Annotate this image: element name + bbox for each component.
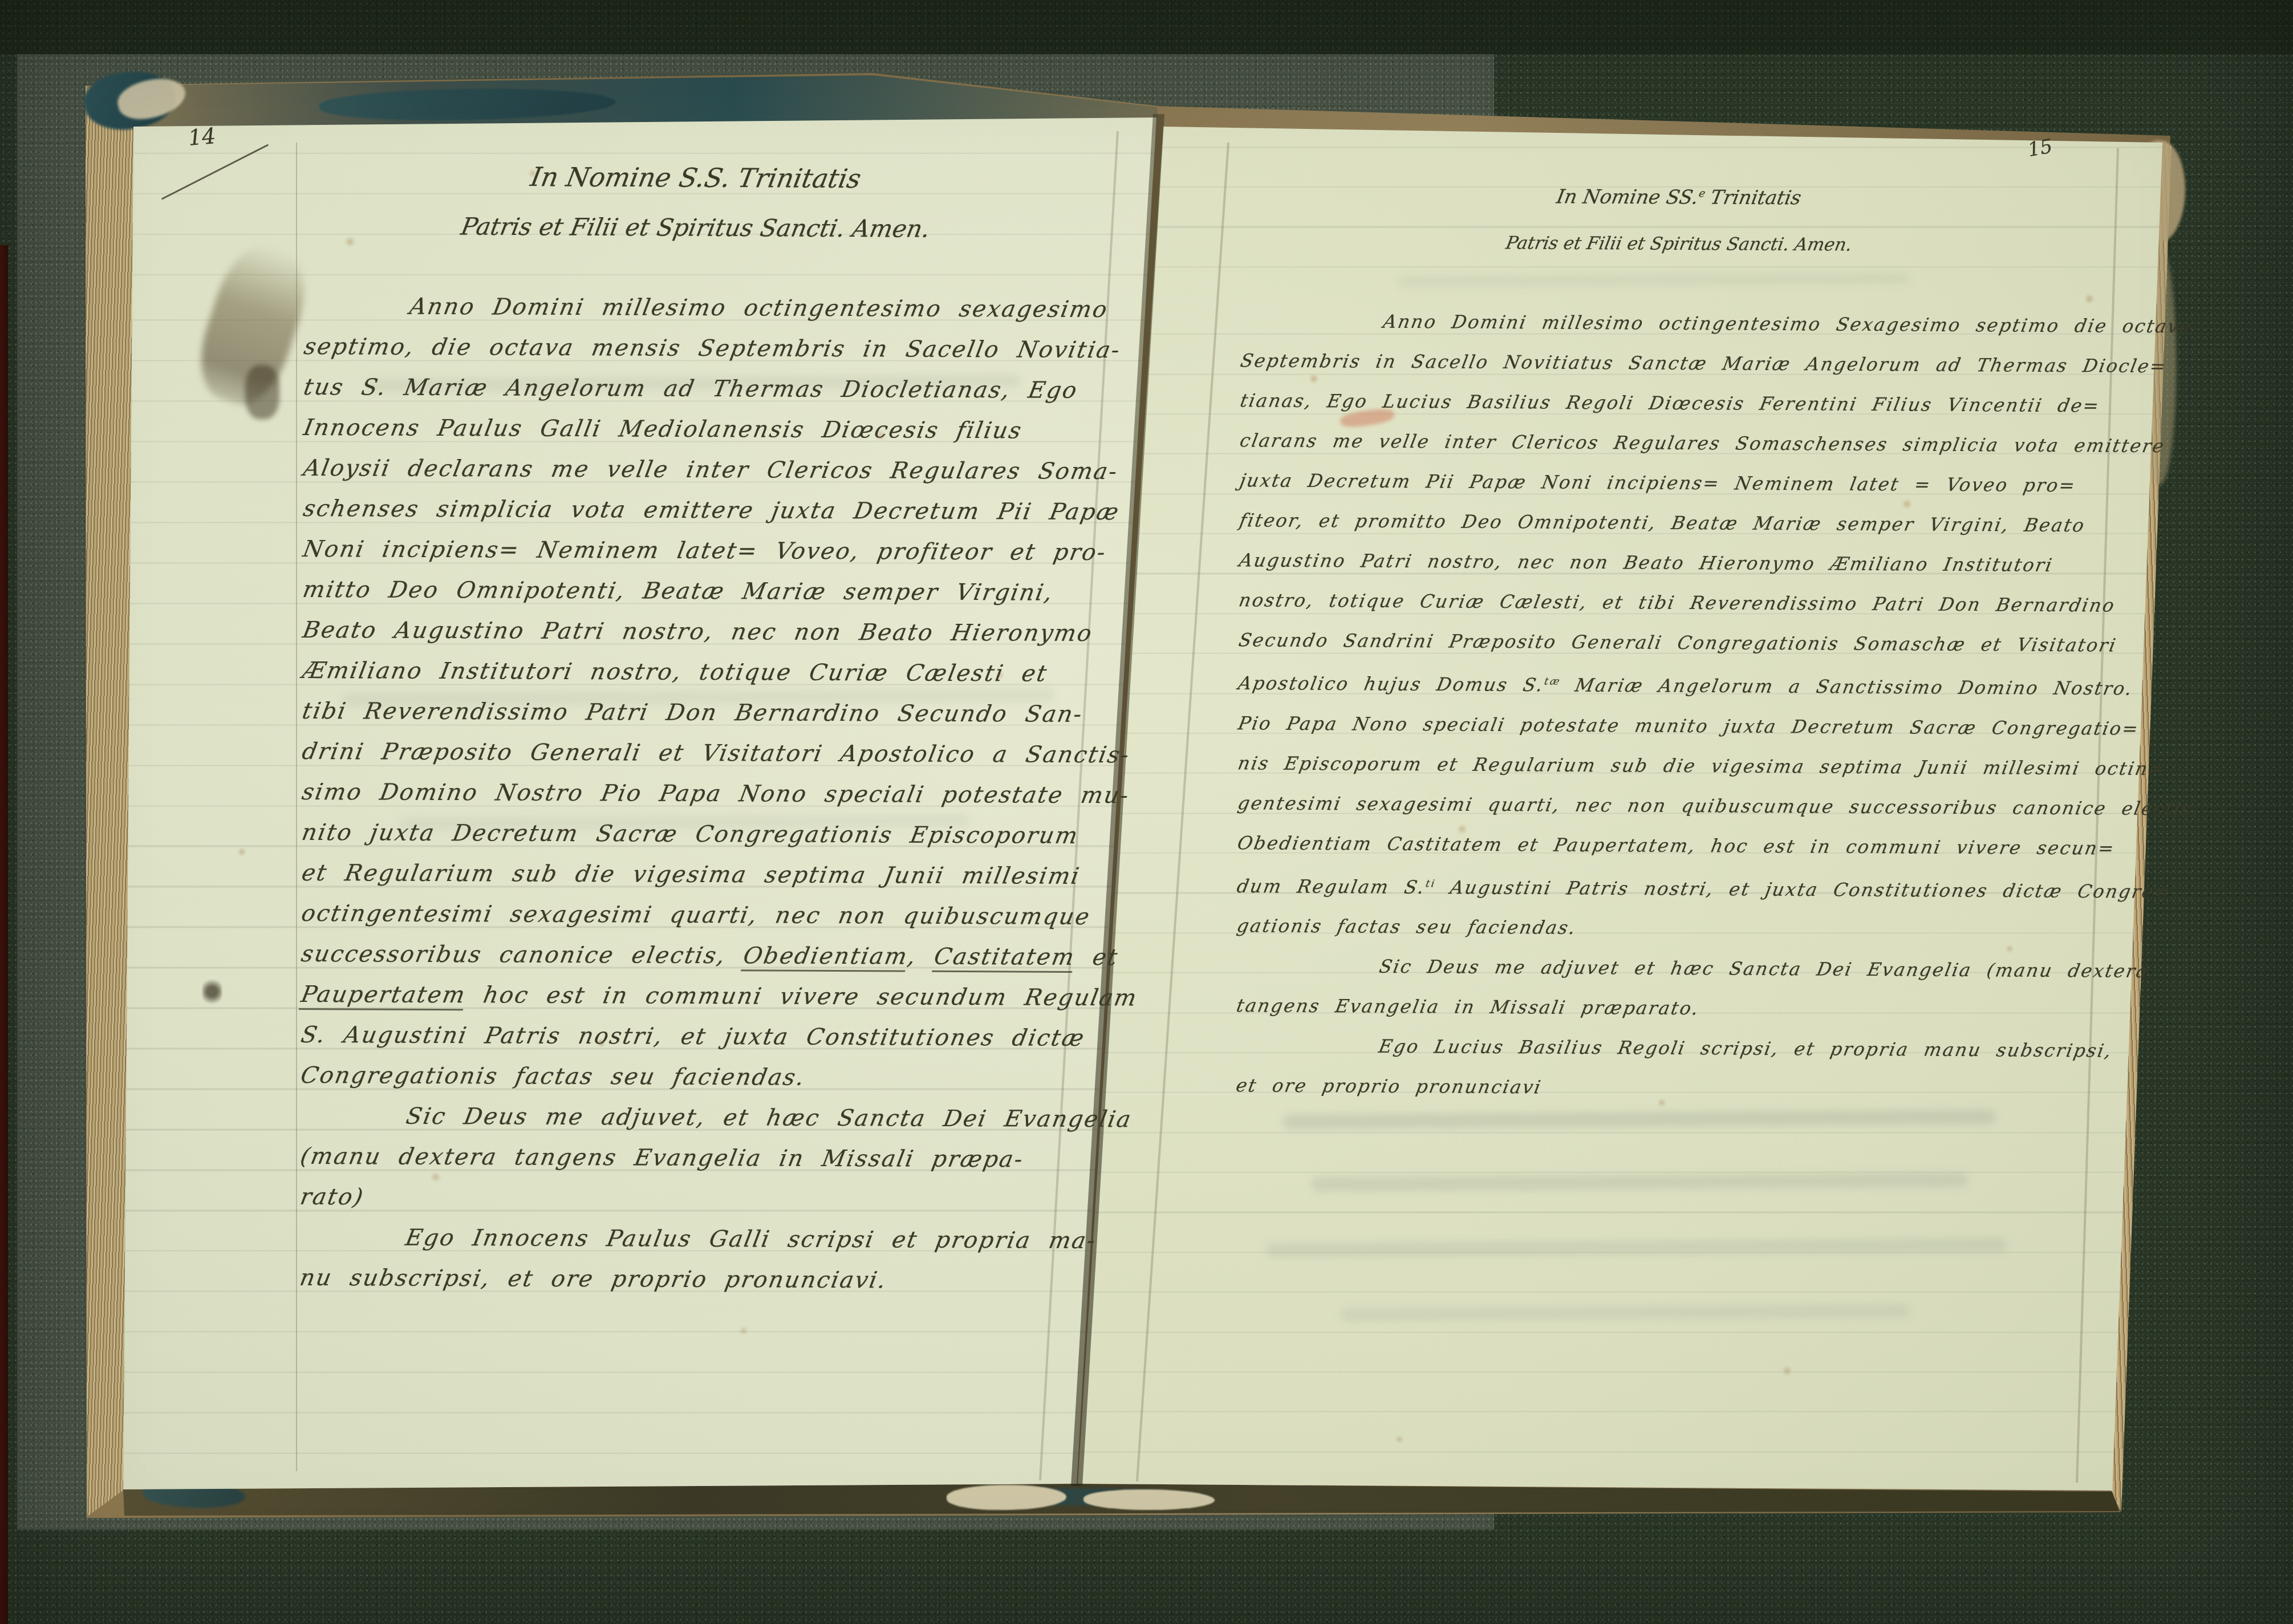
left-edge-red-strip: [0, 245, 8, 1624]
manuscript-line: Apostolico hujus Domus S.tæ Mariæ Angelo…: [1235, 660, 2124, 708]
ink-blot: [202, 978, 222, 1005]
manuscript-line: In Nomine SS.e Trinitatis: [1234, 168, 2124, 223]
manuscript-line: (manu dextera tangens Evangelia in Missa…: [297, 1136, 1091, 1180]
background-top-shadow: [0, 0, 2293, 54]
manuscript-line: septimo, die octava mensis Septembris in…: [301, 327, 1095, 371]
manuscript-line: nis Episcoporum et Regularium sub die vi…: [1235, 743, 2123, 788]
manuscript-line: Ego Lucius Basilius Regoli scripsi, et p…: [1233, 1026, 2121, 1071]
foxing-spots: [0, 0, 5, 5]
manuscript-line: octingentesimi sexagesimi quarti, nec no…: [298, 894, 1093, 937]
page-number-left: 14: [187, 123, 217, 151]
manuscript-line: juxta Decretum Pii Papæ Noni incipiens= …: [1236, 460, 2125, 505]
manuscript-line: Beato Augustino Patri nostro, nec non Be…: [299, 610, 1094, 654]
manuscript-line: schenses simplicia vota emittere juxta D…: [300, 489, 1094, 533]
manuscript-line: tibi Reverendissimo Patri Don Bernardino…: [299, 691, 1093, 735]
manuscript-line: Paupertatem hoc est in communi vivere se…: [298, 975, 1092, 1018]
manuscript-line: Noni incipiens= Neminem latet= Voveo, pr…: [299, 529, 1094, 573]
manuscript-line: drini Præposito Generali et Visitatori A…: [299, 732, 1093, 776]
manuscript-line: Anno Domini millesimo octingentesimo Sex…: [1237, 301, 2126, 346]
manuscript-line: Congregationis factas seu faciendas.: [297, 1055, 1091, 1099]
manuscript-line: clarans me velle inter Clericos Regulare…: [1236, 420, 2125, 465]
manuscript-line: gationis factas seu faciendas.: [1233, 906, 2122, 951]
manuscript-line: tangens Evangelia in Missali præparato.: [1233, 986, 2121, 1031]
right-page-body: Anno Domini millesimo octingentesimo Sex…: [1236, 301, 2122, 1111]
manuscript-line: successoribus canonice electis, Obedient…: [298, 934, 1092, 978]
manuscript-line: Anno Domini millesimo octingentesimo sex…: [301, 286, 1095, 330]
left-page-heading: In Nomine S.S. TrinitatisPatris et Filii…: [302, 151, 1170, 255]
manuscript-line: Ego Innocens Paulus Galli scripsi et pro…: [297, 1217, 1091, 1261]
dark-stain: [245, 365, 279, 419]
manuscript-line: Æmiliano Institutori nostro, totique Cur…: [299, 651, 1094, 695]
manuscript-line: nostro, totique Curiæ Cælesti, et tibi R…: [1236, 580, 2124, 625]
manuscript-line: Aloysii declarans me velle inter Clerico…: [300, 448, 1094, 492]
manuscript-line: simo Domino Nostro Pio Papa Nono special…: [299, 772, 1093, 816]
manuscript-line: et Regularium sub die vigesima septima J…: [298, 853, 1093, 897]
manuscript-line: gentesimi sexagesimi quarti, nec non qui…: [1235, 783, 2123, 828]
manuscript-line: dum Regulam S.ti Augustini Patris nostri…: [1233, 863, 2122, 911]
manuscript-photo: 14 15 In Nomine S.S. TrinitatisPatris et…: [0, 0, 2293, 1624]
manuscript-line: Patris et Filii et Spiritus Sancti. Amen…: [1234, 218, 2124, 270]
manuscript-line: S. Augustini Patris nostri, et juxta Con…: [298, 1015, 1092, 1059]
manuscript-line: Secundo Sandrini Præposito Generali Cong…: [1235, 620, 2124, 665]
manuscript-line: Patris et Filii et Spiritus Sancti. Amen…: [298, 201, 1094, 255]
left-page-margin-line: [296, 143, 297, 1471]
torn-paper-bottom-2: [1083, 1489, 1215, 1510]
manuscript-line: Sic Deus me adjuvet et hæc Sancta Dei Ev…: [1233, 946, 2122, 991]
manuscript-line: nu subscripsi, et ore proprio pronunciav…: [297, 1258, 1091, 1302]
manuscript-line: Innocens Paulus Galli Mediolanensis Diœc…: [300, 408, 1094, 452]
manuscript-line: fiteor, et promitto Deo Omnipotenti, Bea…: [1236, 500, 2125, 545]
manuscript-line: Pio Papa Nono speciali potestate munito …: [1235, 703, 2123, 748]
left-page-body: Anno Domini millesimo octingentesimo sex…: [300, 286, 1091, 1302]
manuscript-line: Sic Deus me adjuvet, et hæc Sancta Dei E…: [297, 1096, 1091, 1140]
manuscript-line: Obedientiam Castitatem et Paupertatem, h…: [1234, 823, 2122, 868]
right-page-heading: In Nomine SS.e TrinitatisPatris et Filii…: [1239, 168, 2293, 271]
manuscript-line: mitto Deo Omnipotenti, Beatæ Mariæ sempe…: [299, 570, 1094, 614]
manuscript-line: et ore proprio pronunciavi: [1233, 1066, 2121, 1111]
manuscript-line: Septembris in Sacello Novitiatus Sanctæ …: [1237, 340, 2125, 385]
page-number-right: 15: [2026, 135, 2055, 162]
manuscript-line: In Nomine S.S. Trinitatis: [298, 151, 1094, 205]
manuscript-line: tianas, Ego Lucius Basilius Regoli Diœce…: [1237, 380, 2125, 425]
manuscript-line: rato): [297, 1177, 1091, 1221]
manuscript-line: nito juxta Decretum Sacræ Congregationis…: [298, 813, 1093, 856]
manuscript-line: tus S. Mariæ Angelorum ad Thermas Diocle…: [301, 367, 1095, 411]
manuscript-line: Augustino Patri nostro, nec non Beato Hi…: [1236, 540, 2124, 585]
